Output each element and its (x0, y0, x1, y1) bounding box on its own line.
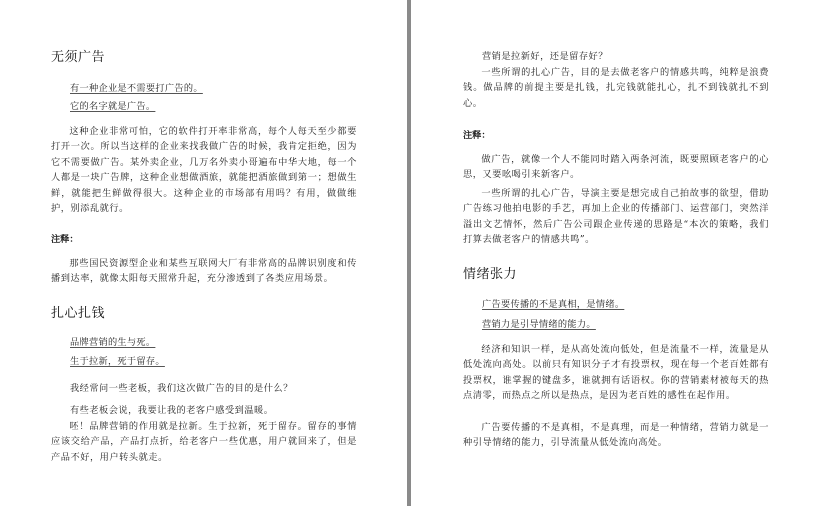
body-line: 我经常问一些老板，我们这次做广告的目的是什么？ (70, 380, 293, 394)
section-title-no-ads: 无须广告 (51, 46, 105, 65)
quote-line: 有一种企业是不需要打广告的。 (70, 80, 203, 94)
note-paragraph: 一些所谓的扎心广告，导演主要是想完成自己拍故事的欲望，借助广告练习他拍电影的手艺… (463, 186, 769, 248)
section-title-emotional-tension: 情绪张力 (463, 263, 517, 282)
note-paragraph: 那些国民资源型企业和某些互联网大厂有非常高的品牌识别度和传播到达率，就像太阳每天… (51, 256, 357, 287)
body-paragraph: 一些所谓的扎心广告，目的是去做老客户的情感共鸣，纯粹是浪费钱。做品牌的前提主要是… (463, 65, 769, 111)
quote-line: 广告要传播的不是真相，是情绪。 (482, 296, 624, 310)
body-paragraph: 经济和知识一样，是从高处流向低处，但是流量不一样，流量是从低处流向高处。以前只有… (463, 342, 769, 404)
left-page: 无须广告 有一种企业是不需要打广告的。 它的名字就是广告。 这种企业非常可怕，它… (0, 0, 407, 506)
quote-line: 生于拉新，死于留存。 (70, 353, 165, 367)
body-paragraph: 广告要传播的不是真相，不是真理，而是一种情绪，营销力就是一种引导情绪的能力，引导… (463, 420, 769, 451)
right-page: 营销是拉新好，还是留存好？ 一些所谓的扎心广告，目的是去做老客户的情感共鸣，纯粹… (411, 0, 819, 506)
body-line: 有些老板会说，我要让我的老客户感受到温暖。 (70, 402, 273, 416)
note-label: 注释： (463, 127, 491, 141)
section-title-heart-money: 扎心扎钱 (51, 302, 105, 321)
quote-line: 品牌营销的生与死。 (70, 334, 155, 348)
note-paragraph: 做广告，就像一个人不能同时踏入两条河流，既要照顾老客户的心思，又要吆喝引来新客户… (463, 152, 769, 183)
body-paragraph: 这种企业非常可怕，它的软件打开率非常高，每个人每天至少都要打开一次。所以当这样的… (51, 124, 357, 216)
body-line: 营销是拉新好，还是留存好？ (482, 48, 608, 62)
quote-line: 它的名字就是广告。 (70, 98, 155, 112)
quote-line: 营销力是引导情绪的能力。 (482, 316, 596, 330)
note-label: 注释： (51, 231, 79, 245)
body-paragraph: 呸！品牌营销的作用就是拉新。生于拉新，死于留存。留存的事情应该交给产品，产品打点… (51, 419, 357, 465)
